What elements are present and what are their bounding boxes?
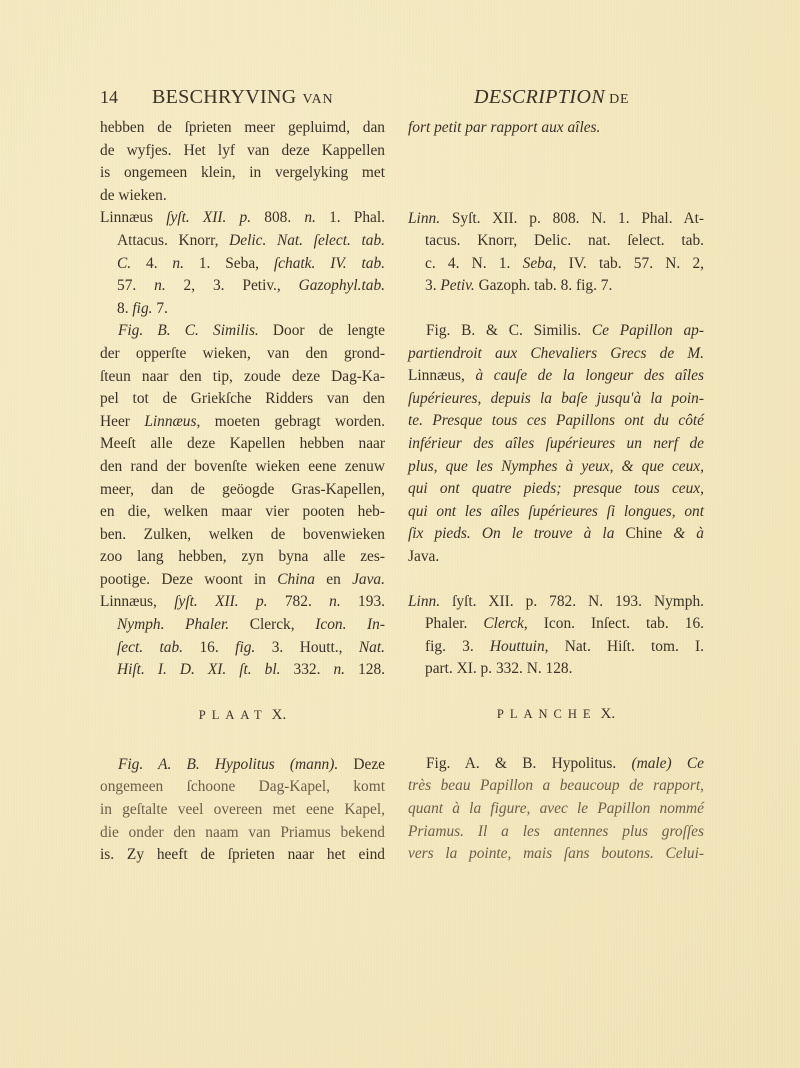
- text-line: Linnæus, à cauſe de la longeur des aîles: [408, 365, 704, 388]
- text-run: , Icon. Inſect. tab. 16.: [524, 615, 704, 632]
- text-run: pootige. Deze woont in: [100, 571, 277, 588]
- page-number: 14: [100, 87, 152, 108]
- text-line: Fig. B. C. Similis. Door de lengte: [100, 320, 385, 343]
- text-run: Door de lengte: [259, 322, 385, 339]
- text-run: 1. Seba,: [184, 255, 274, 272]
- text-run: 1. Phal.: [316, 209, 385, 226]
- text-run-italic: China: [277, 571, 315, 588]
- text-line: Fig. A. B. Hypolitus (mann). Deze: [100, 754, 385, 777]
- text-run: Linnæus: [100, 209, 166, 226]
- text-run: 7.: [153, 300, 168, 317]
- text-run-italic: Hiſt. I. D. XI. ſt. bl.: [117, 661, 280, 678]
- text-line: Meeſt alle deze Kapellen hebben naar: [100, 433, 385, 456]
- text-line: ſix pieds. On le trouve à la Chine & à: [408, 523, 704, 546]
- text-run: 3. Houtt.,: [255, 639, 359, 656]
- text-run-italic: Houttuin: [490, 638, 545, 655]
- text-line: ongemeen ſchoone Dag-Kapel, komt: [100, 776, 385, 799]
- plate-heading-number: X.: [601, 706, 616, 722]
- text-line: Linn. Syſt. XII. p. 808. N. 1. Phal. At-: [408, 208, 704, 231]
- text-line: vers la pointe, mais ſans boutons. Celui…: [408, 843, 704, 866]
- text-run: 2, 3. Petiv.,: [166, 277, 299, 294]
- text-run: Chine: [625, 525, 662, 542]
- reference-dutch-1: Linnæus ſyſt. XII. p. 808. n. 1. Phal. A…: [100, 207, 385, 320]
- spacer: [408, 298, 704, 320]
- text-run: Attacus. Knorr,: [117, 232, 229, 249]
- text-run: 808.: [251, 209, 304, 226]
- text-run-italic: fig.: [235, 639, 255, 656]
- book-page: 14BESCHRYVINGVAN DESCRIPTIONDE hebben de…: [0, 0, 800, 1068]
- text-line: 3. Petiv. Gazoph. tab. 8. fig. 7.: [408, 275, 704, 298]
- text-line: 8. fig. 7.: [100, 298, 385, 321]
- text-run-italic: à cauſe de la longeur des aîles: [475, 367, 704, 384]
- text-run-italic: ſyſt. XII. p.: [174, 593, 267, 610]
- text-run-italic: n.: [333, 661, 345, 678]
- spacer: [100, 726, 385, 754]
- text-run-italic: (male) Ce: [631, 755, 704, 772]
- plate-heading-dutch: PLAATX.: [100, 704, 385, 726]
- text-line: den rand der bovenſte wieken eene zenuw: [100, 456, 385, 479]
- text-line: Fig. A. & B. Hypolitus. (male) Ce: [408, 753, 704, 776]
- text-run: Heer: [100, 413, 144, 430]
- text-line: de wieken.: [100, 185, 385, 208]
- text-line: ſupérieures, depuis la baſe jusqu'à la p…: [408, 388, 704, 411]
- text-line: Linn. ſyſt. XII. p. 782. N. 193. Nymph.: [408, 591, 704, 614]
- text-line: Priamus. Il a les antennes plus groſſes: [408, 821, 704, 844]
- paragraph-dutch-1: hebben de ſprieten meer gepluimd, dan de…: [100, 117, 385, 207]
- text-run: 782.: [268, 593, 330, 610]
- paragraph-dutch-3: Fig. A. B. Hypolitus (mann). Deze ongeme…: [100, 754, 385, 867]
- reference-dutch-2: Linnæus, ſyſt. XII. p. 782. n. 193. Nymp…: [100, 591, 385, 681]
- spacer: [408, 140, 704, 208]
- column-french: fort petit par rapport aux aîles. Linn. …: [408, 117, 704, 866]
- header-smallcaps-dutch: VAN: [302, 92, 333, 107]
- text-run: 4.: [131, 255, 172, 272]
- reference-french-1: Linn. Syſt. XII. p. 808. N. 1. Phal. At-…: [408, 208, 704, 298]
- text-run: 16.: [183, 639, 235, 656]
- text-run: Fig. A. & B. Hypolitus.: [426, 755, 631, 772]
- text-run-italic: Icon. In-: [315, 616, 385, 633]
- text-run: Linnæus,: [408, 367, 475, 384]
- text-run-italic: Nymph. Phaler.: [117, 616, 229, 633]
- reference-french-2: Linn. ſyſt. XII. p. 782. N. 193. Nymph. …: [408, 591, 704, 681]
- text-line: Phaler. Clerck, Icon. Inſect. tab. 16.: [408, 613, 704, 636]
- spacer: [408, 725, 704, 753]
- text-run-italic: n.: [304, 209, 316, 226]
- text-run-italic: C.: [117, 255, 131, 272]
- text-run-italic: n.: [172, 255, 184, 272]
- text-line: inférieur des aîles ſupérieures un nerf …: [408, 433, 704, 456]
- text-run-italic: Nat.: [359, 639, 385, 656]
- text-run-italic: ſyſt. XII. p.: [166, 209, 251, 226]
- text-line: in geſtalte veel overeen met eene Kapel,: [100, 799, 385, 822]
- paragraph-french-1: fort petit par rapport aux aîles.: [408, 117, 704, 140]
- paragraph-french-3: Fig. A. & B. Hypolitus. (male) Ce très b…: [408, 753, 704, 866]
- text-line: Heer Linnæus, moeten gebragt worden.: [100, 411, 385, 434]
- text-line: plus, que les Nymphes à yeux, & que ceux…: [408, 456, 704, 479]
- plate-heading-word: PLANCHE: [497, 707, 597, 721]
- spacer: [100, 682, 385, 704]
- text-run: , moeten gebragt worden.: [197, 413, 386, 430]
- text-run-italic: ſix pieds. On le trouve à la: [408, 525, 625, 542]
- text-run: , Nat. Hiſt. tom. I.: [545, 638, 704, 655]
- text-run: Gazoph. tab. 8. fig. 7.: [475, 277, 613, 294]
- text-line: qui ont les aîles ſupérieures ſi longues…: [408, 501, 704, 524]
- plate-heading-word: PLAAT: [199, 708, 268, 722]
- text-run-italic: & à: [662, 525, 704, 542]
- text-line: ben. Zulken, welken de bovenwieken: [100, 524, 385, 547]
- text-run: Syſt. XII. p. 808. N. 1. Phal. At-: [440, 210, 704, 227]
- text-line: ſteun naar den tip, zoude deze Dag-Ka-: [100, 366, 385, 389]
- text-line: part. XI. p. 332. N. 128.: [408, 658, 704, 681]
- text-line: die onder den naam van Priamus bekend: [100, 822, 385, 845]
- text-run: Linnæus,: [100, 593, 174, 610]
- text-line: der opperſte wieken, van den grond-: [100, 343, 385, 366]
- text-line: C. 4. n. 1. Seba, ſchatk. IV. tab.: [100, 253, 385, 276]
- text-line: tacus. Knorr, Delic. nat. ſelect. tab.: [408, 230, 704, 253]
- text-run-italic: Seba: [523, 255, 553, 272]
- text-line: de wyfjes. Het lyf van deze Kappellen: [100, 140, 385, 163]
- text-run-italic: Fig. A. B. Hypolitus (mann).: [118, 756, 338, 773]
- text-run: c. 4. N. 1.: [425, 255, 523, 272]
- text-line: Attacus. Knorr, Delic. Nat. ſelect. tab.: [100, 230, 385, 253]
- text-line: quant à la figure, avec le Papillon nomm…: [408, 798, 704, 821]
- text-line: is. Zy heeft de ſprieten naar het eind: [100, 844, 385, 867]
- text-line: ſect. tab. 16. fig. 3. Houtt., Nat.: [100, 637, 385, 660]
- paragraph-french-2: Fig. B. & C. Similis. Ce Papillon ap- pa…: [408, 320, 704, 569]
- text-line: Nymph. Phaler. Clerck, Icon. In-: [100, 614, 385, 637]
- column-dutch: hebben de ſprieten meer gepluimd, dan de…: [100, 117, 385, 867]
- header-title-dutch: BESCHRYVING: [152, 86, 296, 108]
- text-line: très beau Papillon a beaucoup de rapport…: [408, 775, 704, 798]
- text-run-italic: fig.: [132, 300, 152, 317]
- text-line: Linnæus, ſyſt. XII. p. 782. n. 193.: [100, 591, 385, 614]
- text-line: is ongemeen klein, in vergelyking met: [100, 162, 385, 185]
- plate-heading-number: X.: [272, 707, 287, 723]
- text-line: Fig. B. & C. Similis. Ce Papillon ap-: [408, 320, 704, 343]
- header-smallcaps-french: DE: [609, 92, 629, 107]
- text-run-italic: ſchatk. IV. tab.: [274, 255, 385, 272]
- text-line: te. Presque tous ces Papillons ont du cô…: [408, 410, 704, 433]
- text-line: pootige. Deze woont in China en Java.: [100, 569, 385, 592]
- text-run: , IV. tab. 57. N. 2,: [553, 255, 704, 272]
- text-run-italic: Clerck: [483, 615, 523, 632]
- text-run-italic: Linn.: [408, 210, 440, 227]
- text-run-italic: Delic. Nat. ſelect. tab.: [229, 232, 385, 249]
- text-run-italic: Fig. B. C. Similis.: [118, 322, 259, 339]
- text-line: en die, welken maar vier pooten heb-: [100, 501, 385, 524]
- text-run: en: [315, 571, 352, 588]
- text-line: zoo lang hebben, zyn byna alle zes-: [100, 546, 385, 569]
- text-line: partiendroit aux Chevaliers Grecs de M.: [408, 343, 704, 366]
- text-run-italic: Petiv.: [440, 277, 474, 294]
- text-run: 3.: [425, 277, 440, 294]
- text-line: hebben de ſprieten meer gepluimd, dan: [100, 117, 385, 140]
- text-run-italic: ſect. tab.: [117, 639, 183, 656]
- text-run-italic: Java.: [352, 571, 385, 588]
- spacer: [408, 569, 704, 591]
- text-run: Fig. B. & C. Similis.: [426, 322, 592, 339]
- text-run: Deze: [338, 756, 385, 773]
- text-run-italic: Linnæus: [144, 413, 196, 430]
- spacer: [408, 681, 704, 703]
- text-line: qui ont quatre pieds; presque tous ceux,: [408, 478, 704, 501]
- running-header-right: DESCRIPTIONDE: [474, 86, 629, 109]
- running-header-left: 14BESCHRYVINGVAN: [100, 86, 400, 109]
- text-line: Java.: [408, 546, 704, 569]
- text-run-italic: n.: [329, 593, 341, 610]
- text-line: fig. 3. Houttuin, Nat. Hiſt. tom. I.: [408, 636, 704, 659]
- text-line: 57. n. 2, 3. Petiv., Gazophyl.tab.: [100, 275, 385, 298]
- text-run-italic: Linn.: [408, 593, 440, 610]
- text-run-italic: Gazophyl.tab.: [299, 277, 385, 294]
- paragraph-dutch-2: Fig. B. C. Similis. Door de lengte der o…: [100, 320, 385, 591]
- text-run: 8.: [117, 300, 132, 317]
- text-run: ſyſt. XII. p. 782. N. 193. Nymph.: [440, 593, 704, 610]
- text-line: Linnæus ſyſt. XII. p. 808. n. 1. Phal.: [100, 207, 385, 230]
- text-run: 193.: [341, 593, 385, 610]
- header-title-french: DESCRIPTION: [474, 86, 605, 108]
- text-run: Clerck,: [229, 616, 315, 633]
- text-run-italic: Ce Papillon ap-: [592, 322, 704, 339]
- plate-heading-french: PLANCHEX.: [408, 703, 704, 725]
- text-run: 57.: [117, 277, 154, 294]
- text-run: Phaler.: [425, 615, 483, 632]
- text-run: 332.: [280, 661, 333, 678]
- text-line: meer, dan de geöogde Gras-Kapellen,: [100, 479, 385, 502]
- text-line: c. 4. N. 1. Seba, IV. tab. 57. N. 2,: [408, 253, 704, 276]
- text-line: pel tot de Griekſche Ridders van den: [100, 388, 385, 411]
- text-run: 128.: [345, 661, 385, 678]
- text-run-italic: n.: [154, 277, 166, 294]
- text-line: Hiſt. I. D. XI. ſt. bl. 332. n. 128.: [100, 659, 385, 682]
- text-run: fig. 3.: [425, 638, 490, 655]
